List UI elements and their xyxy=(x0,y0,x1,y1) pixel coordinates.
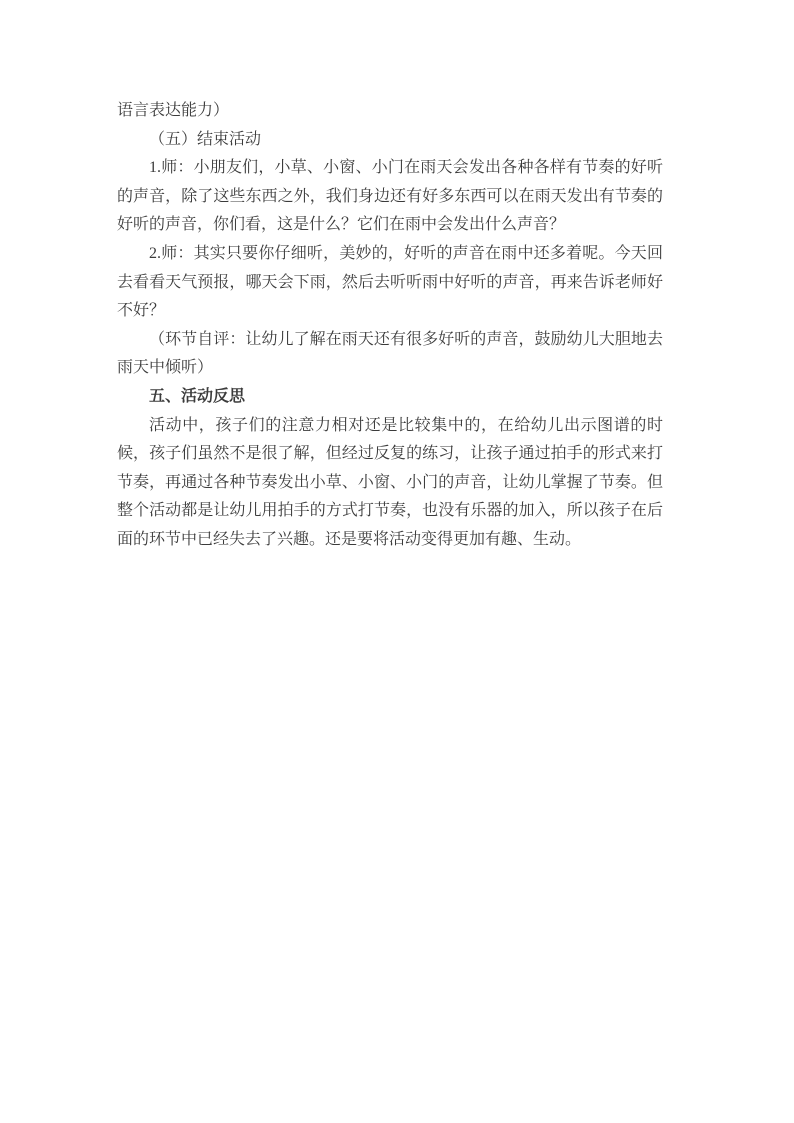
paragraph-continuation: 语言表达能力） xyxy=(117,97,663,126)
paragraph-teacher-prompt-2: 2.师：其实只要你仔细听，美妙的，好听的声音在雨中还多着呢。今天回去看看天气预报… xyxy=(117,240,663,326)
document-page: 语言表达能力） （五）结束活动 1.师：小朋友们，小草、小窗、小门在雨天会发出各… xyxy=(0,0,794,1123)
paragraph-self-evaluation: （环节自评：让幼儿了解在雨天还有很多好听的声音，鼓励幼儿大胆地去雨天中倾听） xyxy=(117,326,663,383)
document-body: 语言表达能力） （五）结束活动 1.师：小朋友们，小草、小窗、小门在雨天会发出各… xyxy=(117,97,663,555)
heading-closing-activity: （五）结束活动 xyxy=(117,126,663,155)
heading-activity-reflection: 五、活动反思 xyxy=(117,383,663,412)
paragraph-teacher-prompt-1: 1.师：小朋友们，小草、小窗、小门在雨天会发出各种各样有节奏的好听的声音，除了这… xyxy=(117,154,663,240)
paragraph-reflection: 活动中，孩子们的注意力相对还是比较集中的，在给幼儿出示图谱的时候，孩子们虽然不是… xyxy=(117,412,663,555)
